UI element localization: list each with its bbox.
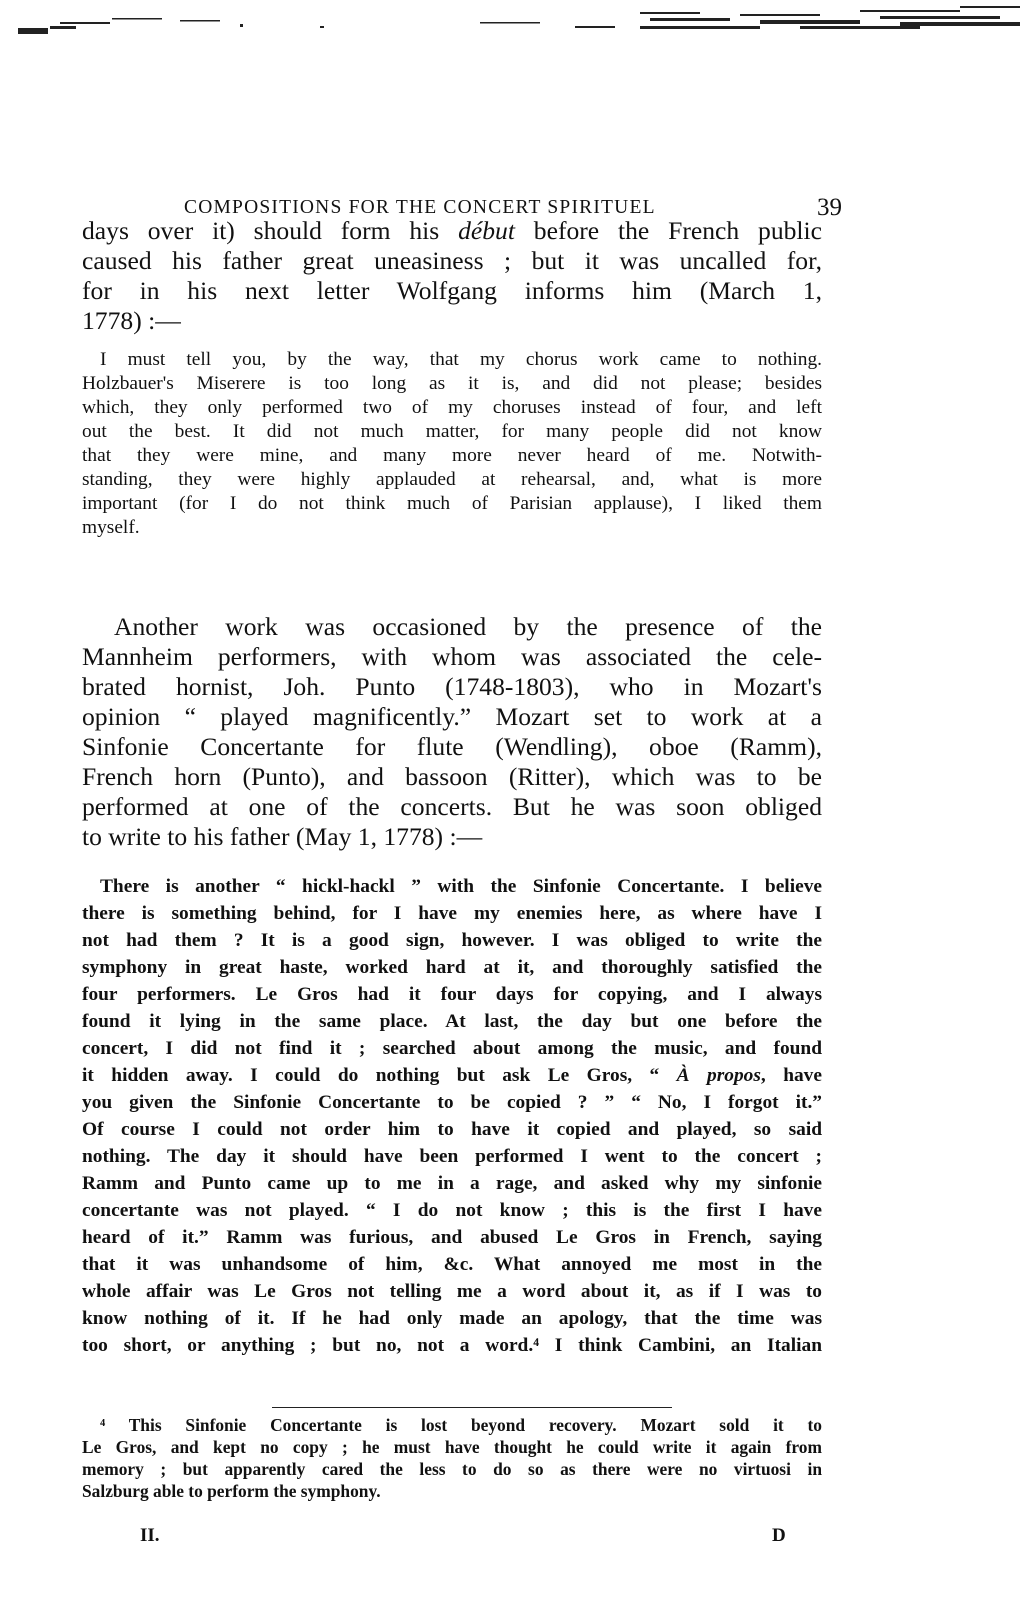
- quote-line: which, they only performed two of my cho…: [82, 396, 822, 420]
- text-line: performed at one of the concerts. But he…: [82, 792, 822, 822]
- footnote-line: memory ; but apparently cared the less t…: [82, 1458, 822, 1480]
- quote-line: standing, they were highly applauded at …: [82, 468, 822, 492]
- scan-artifact-noise: [0, 0, 1034, 40]
- quote-line: that they were mine, and many more never…: [82, 444, 822, 468]
- quote-line: Ramm and Punto came up to me in a rage, …: [82, 1172, 822, 1196]
- quote-line: heard of it.” Ramm was furious, and abus…: [82, 1226, 822, 1250]
- quote-line: concert, I did not find it ; searched ab…: [82, 1037, 822, 1061]
- quote-line: found it lying in the same place. At las…: [82, 1010, 822, 1034]
- quote-line: concertante was not played. “ I do not k…: [82, 1199, 822, 1223]
- quote-line: you given the Sinfonie Concertante to be…: [82, 1091, 822, 1115]
- footnote-line: ⁴ This Sinfonie Concertante is lost beyo…: [82, 1414, 822, 1436]
- quote-line: know nothing of it. If he had only made …: [82, 1307, 822, 1331]
- quote-line: it hidden away. I could do nothing but a…: [82, 1064, 822, 1088]
- text-line: to write to his father (May 1, 1778) :—: [82, 822, 822, 852]
- quote-line: Holzbauer's Miserere is too long as it i…: [82, 372, 822, 396]
- volume-signature: II.: [140, 1524, 160, 1548]
- text-line: Another work was occasioned by the prese…: [82, 612, 822, 642]
- text-line: opinion “ played magnificently.” Mozart …: [82, 702, 822, 732]
- text-line: days over it) should form his début befo…: [82, 216, 822, 246]
- quote-line: there is something behind, for I have my…: [82, 902, 822, 926]
- quote-line: four performers. Le Gros had it four day…: [82, 983, 822, 1007]
- quote-line: I must tell you, by the way, that my cho…: [82, 348, 822, 372]
- quote-line: out the best. It did not much matter, fo…: [82, 420, 822, 444]
- quote-line: important (for I do not think much of Pa…: [82, 492, 822, 516]
- quote-line: symphony in great haste, worked hard at …: [82, 956, 822, 980]
- gathering-signature: D: [772, 1524, 786, 1548]
- quote-line: that it was unhandsome of him, &c. What …: [82, 1253, 822, 1277]
- quote-line: myself.: [82, 516, 822, 540]
- quote-line: too short, or anything ; but no, not a w…: [82, 1334, 822, 1358]
- text-line: French horn (Punto), and bassoon (Ritter…: [82, 762, 822, 792]
- footnote-divider: [272, 1407, 672, 1408]
- text-line: 1778) :—: [82, 306, 822, 336]
- quote-line: There is another “ hickl-hackl ” with th…: [82, 875, 822, 899]
- quote-line: Of course I could not order him to have …: [82, 1118, 822, 1142]
- text-line: brated hornist, Joh. Punto (1748-1803), …: [82, 672, 822, 702]
- text-line: caused his father great uneasiness ; but…: [82, 246, 822, 276]
- quote-line: nothing. The day it should have been per…: [82, 1145, 822, 1169]
- footnote-line: Salzburg able to perform the symphony.: [82, 1480, 822, 1502]
- quote-line: not had them ? It is a good sign, howeve…: [82, 929, 822, 953]
- text-line: Mannheim performers, with whom was assoc…: [82, 642, 822, 672]
- quote-line: whole affair was Le Gros not telling me …: [82, 1280, 822, 1304]
- text-line: Sinfonie Concertante for flute (Wendling…: [82, 732, 822, 762]
- footnote-line: Le Gros, and kept no copy ; he must have…: [82, 1436, 822, 1458]
- text-line: for in his next letter Wolfgang informs …: [82, 276, 822, 306]
